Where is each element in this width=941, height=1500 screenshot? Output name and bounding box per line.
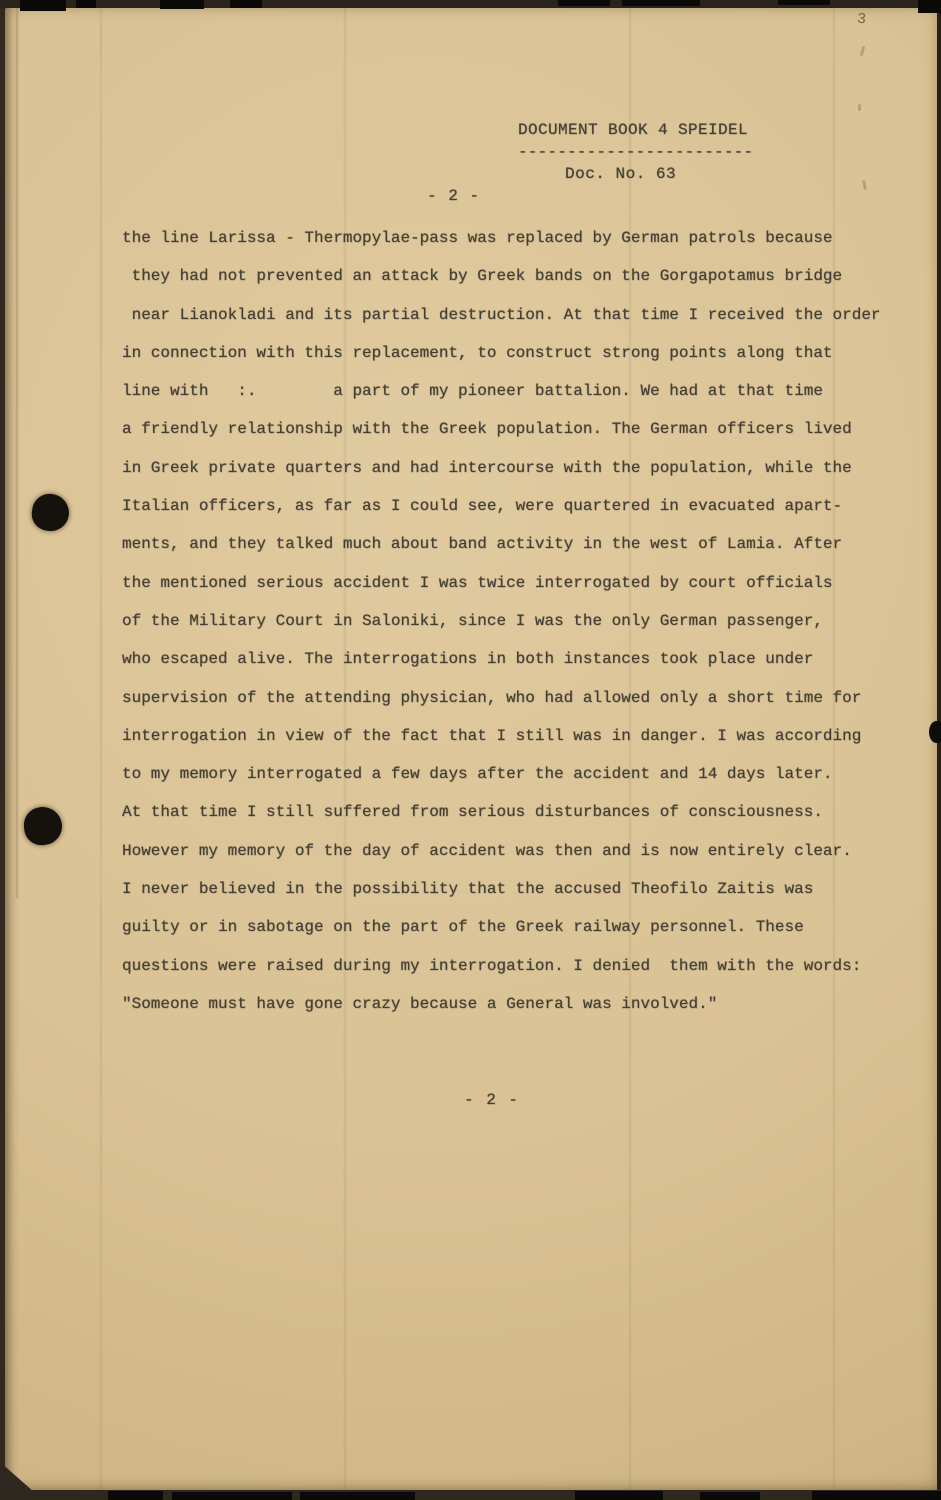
paper-corner-cut (0, 1462, 34, 1492)
pencil-scribble (860, 46, 865, 56)
text-line: who escaped alive. The interrogations in… (122, 640, 881, 678)
scanned-document-screenshot: { "document": { "header": { "book_title"… (0, 0, 941, 1500)
text-line: near Lianokladi and its partial destruct… (122, 296, 881, 334)
scan-edge-segment (300, 1492, 415, 1500)
text-line: However my memory of the day of accident… (122, 832, 881, 870)
scan-edge-segment (575, 1491, 663, 1500)
text-line: the line Larissa - Thermopylae-pass was … (122, 219, 881, 257)
scan-edge-segment (918, 0, 941, 13)
text-line: supervision of the attending physician, … (122, 679, 881, 717)
text-line: in connection with this replacement, to … (122, 334, 881, 372)
scan-edge-segment (700, 1492, 760, 1500)
text-line: the mentioned serious accident I was twi… (122, 564, 881, 602)
document-number: Doc. No. 63 (565, 164, 676, 184)
scan-edge-segment (20, 0, 66, 11)
scan-edge-segment (558, 0, 610, 6)
text-line: a friendly relationship with the Greek p… (122, 410, 881, 448)
text-line: they had not prevented an attack by Gree… (122, 257, 881, 295)
text-line: line with :. a part of my pioneer battal… (122, 372, 881, 410)
body-text: the line Larissa - Thermopylae-pass was … (122, 219, 881, 1023)
scan-edge-segment (230, 0, 262, 8)
pencil-scribble (862, 180, 867, 190)
scan-edge-segment (622, 0, 700, 6)
scan-edge-segment (778, 0, 830, 5)
text-line: guilty or in sabotage on the part of the… (122, 908, 881, 946)
text-line: interrogation in view of the fact that I… (122, 717, 881, 755)
scan-edge-segment (812, 1491, 941, 1500)
text-line: I never believed in the possibility that… (122, 870, 881, 908)
paper-crease (15, 8, 19, 898)
paper-crease (99, 8, 103, 1492)
text-line: of the Military Court in Saloniki, since… (122, 602, 881, 640)
title-underline-dashes: ------------------------ (518, 142, 753, 162)
text-line: to my memory interrogated a few days aft… (122, 755, 881, 793)
right-edge-ink-mark (929, 721, 941, 743)
document-page: 3 DOCUMENT BOOK 4 SPEIDEL --------------… (5, 8, 937, 1492)
text-line: questions were raised during my interrog… (122, 947, 881, 985)
text-line: in Greek private quarters and had interc… (122, 449, 881, 487)
scan-edge-segment (108, 1491, 163, 1500)
page-number-top: - 2 - (427, 186, 480, 206)
text-line: ments, and they talked much about band a… (122, 525, 881, 563)
pencil-annotation: 3 (856, 12, 867, 28)
page-number-bottom: - 2 - (464, 1090, 520, 1110)
scan-edge-segment (160, 0, 204, 9)
text-line: "Someone must have gone crazy because a … (122, 985, 881, 1023)
text-line: Italian officers, as far as I could see,… (122, 487, 881, 525)
text-line: At that time I still suffered from serio… (122, 793, 881, 831)
pencil-scribble (858, 104, 861, 111)
document-book-title: DOCUMENT BOOK 4 SPEIDEL (518, 120, 748, 140)
scan-edge-segment (76, 0, 96, 8)
scan-edge-segment (172, 1492, 292, 1500)
